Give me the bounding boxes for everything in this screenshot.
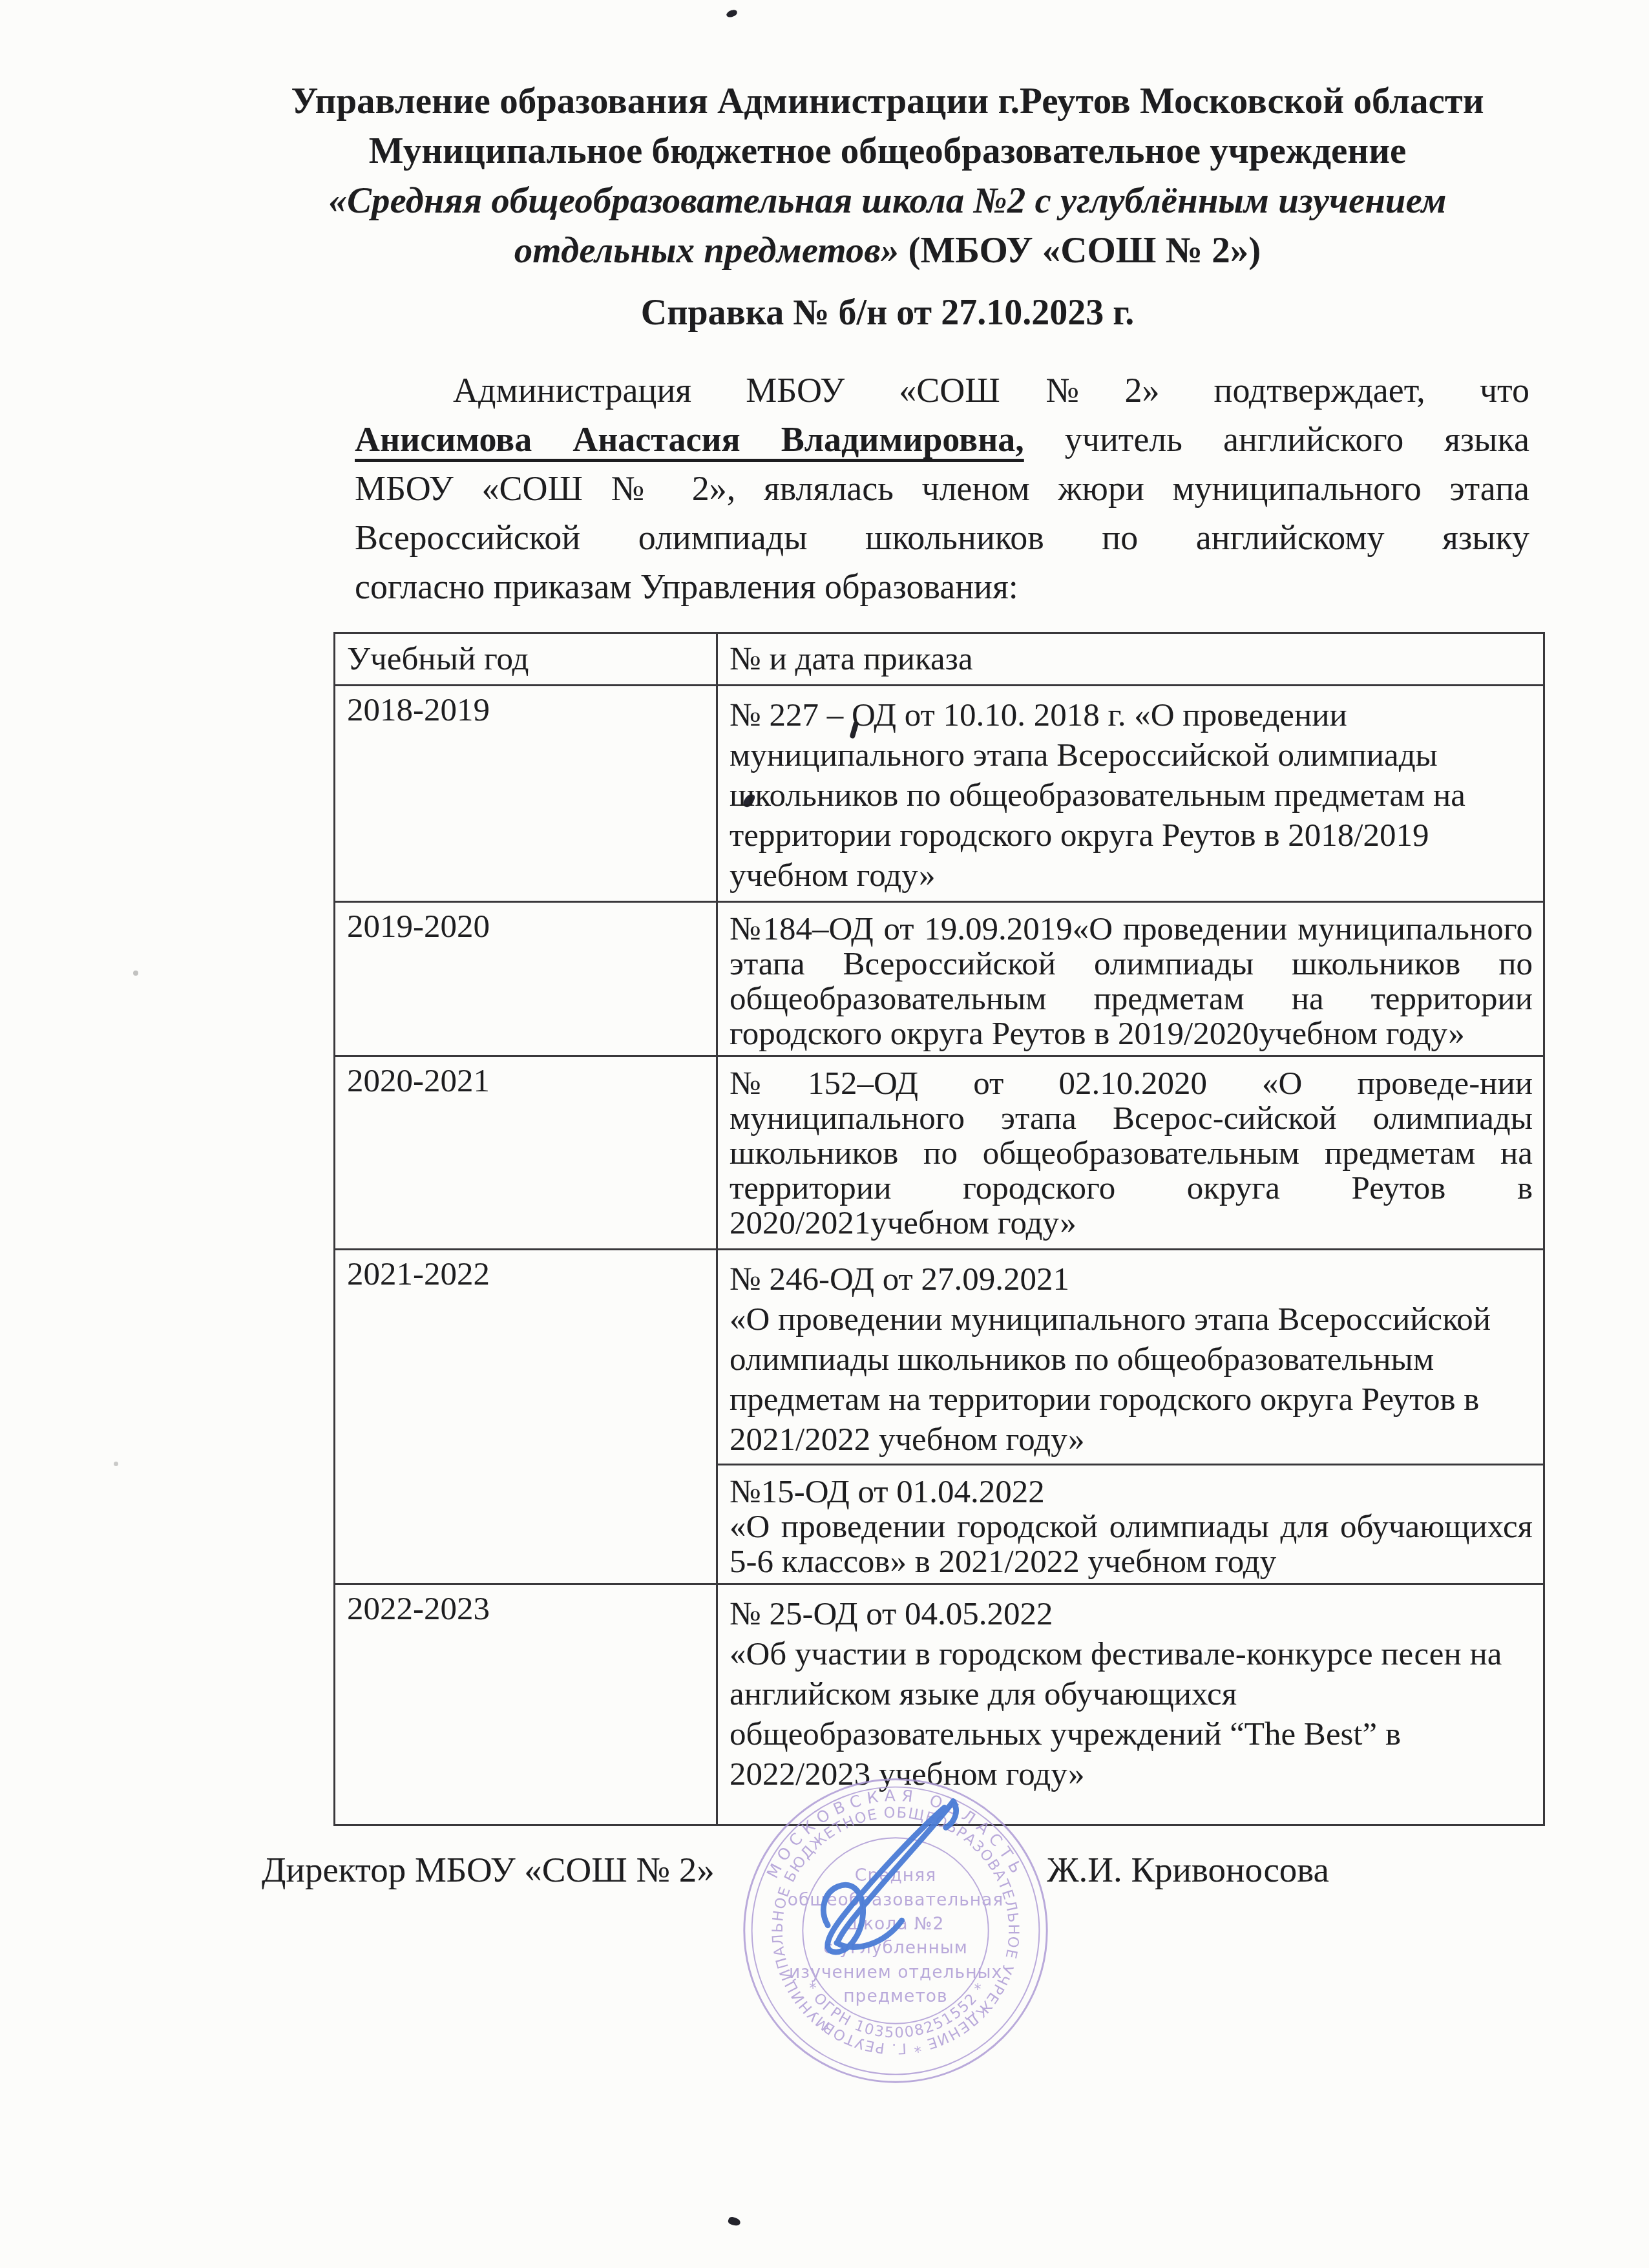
- order-cell: №152–ОД от 02.10.2020 «О проведе-нии мун…: [730, 1062, 1533, 1241]
- col-header-order: № и дата приказа: [717, 633, 1544, 686]
- letterhead-line-school: «Средняя общеобразовательная школа №2 с …: [282, 176, 1493, 226]
- order-cell: №15-ОД от 01.04.2022 «О проведении город…: [730, 1471, 1533, 1579]
- order-line: «О проведении муниципального этапа Всеро…: [730, 1299, 1533, 1339]
- year-cell: 2020-2021: [335, 1056, 717, 1250]
- order-line: «О проведении городской олимпиады для об…: [730, 1509, 1533, 1544]
- order-line: общеобразовательных учреждений “The Best…: [730, 1714, 1533, 1754]
- order-line: олимпиады школьников по общеобразователь…: [730, 1339, 1533, 1380]
- order-line: английском языке для обучающихся: [730, 1674, 1533, 1714]
- order-line: «Об участии в городском фестивале-конкур…: [730, 1634, 1533, 1674]
- order-line: №184–ОД от 19.09.2019«О проведении муниц…: [730, 912, 1533, 947]
- order-line: муниципального этапа Всероссийской олимп…: [730, 735, 1533, 775]
- paragraph-line: Администрация МБОУ «СОШ№2» подтверждает,…: [355, 366, 1529, 415]
- order-line: 2021/2022 учебном году»: [730, 1420, 1533, 1460]
- director-name: Ж.И. Кривоносова: [1047, 1849, 1329, 1890]
- order-line: территории городского округа Реутов в: [730, 1171, 1533, 1206]
- school-name-italic: отдельных предметов»: [514, 230, 899, 271]
- table-row-2019-2020: 2019-2020 №184–ОД от 19.09.2019«О провед…: [335, 902, 1544, 1056]
- order-line: № 25-ОД от 04.05.2022: [730, 1594, 1533, 1634]
- signature-row: Директор МБОУ «СОШ № 2» Ж.И. Кривоносова: [262, 1849, 1329, 1890]
- order-line: территории городского округа Реутов в 20…: [730, 815, 1533, 856]
- year-cell: 2022-2023: [335, 1584, 717, 1825]
- school-abbrev: (МБОУ «СОШ № 2»): [909, 230, 1261, 271]
- teacher-name: Анисимова Анастасия Владимировна,: [355, 420, 1024, 459]
- director-label: Директор МБОУ «СОШ № 2»: [262, 1849, 715, 1890]
- order-line: этапа Всероссийской олимпиады школьников…: [730, 947, 1533, 982]
- order-line: учебном году»: [730, 856, 1533, 896]
- document-title: Справка № б/н от 27.10.2023 г.: [282, 292, 1493, 333]
- stamp-center-line: предметов: [843, 1986, 947, 2006]
- body-paragraph: Администрация МБОУ «СОШ№2» подтверждает,…: [355, 366, 1529, 611]
- order-line: № 227 – ОД от 10.10. 2018 г. «О проведен…: [730, 695, 1533, 735]
- order-line: муниципального этапа Всерос-сийской олим…: [730, 1101, 1533, 1136]
- letterhead-line-institution: Муниципальное бюджетное общеобразователь…: [282, 126, 1493, 176]
- table-header-row: Учебный год № и дата приказа: [335, 633, 1544, 686]
- table-row-2020-2021: 2020-2021 №152–ОД от 02.10.2020 «О прове…: [335, 1056, 1544, 1250]
- scan-dot: [133, 971, 138, 976]
- order-cell: № 246-ОД от 27.09.2021 «О проведении мун…: [730, 1255, 1533, 1460]
- orders-table: Учебный год № и дата приказа 2018-2019 №…: [333, 632, 1545, 1826]
- order-line: школьников по общеобразовательным предме…: [730, 775, 1533, 815]
- order-line: предметам на территории городского округ…: [730, 1380, 1533, 1420]
- paragraph-line: Всероссийской олимпиады школьников по ан…: [355, 513, 1529, 562]
- teacher-role: учитель английского языка: [1065, 420, 1529, 459]
- table-row-2021-2022: 2021-2022 № 246-ОД от 27.09.2021 «О пров…: [335, 1250, 1544, 1465]
- year-cell: 2021-2022: [335, 1250, 717, 1584]
- order-cell: №184–ОД от 19.09.2019«О проведении муниц…: [730, 908, 1533, 1051]
- table-row-2018-2019: 2018-2019 № 227 – ОД от 10.10. 2018 г. «…: [335, 686, 1544, 902]
- order-line: 5-6 классов» в 2021/2022 учебном году: [730, 1544, 1533, 1579]
- year-cell: 2018-2019: [335, 686, 717, 902]
- letterhead-line-authority: Управление образования Администрации г.Р…: [282, 76, 1493, 126]
- scan-speck-top: [726, 9, 738, 18]
- order-line: №15-ОД от 01.04.2022: [730, 1475, 1533, 1509]
- year-cell: 2019-2020: [335, 902, 717, 1056]
- scan-dot: [114, 1462, 118, 1466]
- paragraph-line: МБОУ «СОШ № 2», являлась членом жюри мун…: [355, 464, 1529, 513]
- letterhead-line-school2: отдельных предметов» (МБОУ «СОШ № 2»): [282, 226, 1493, 275]
- paragraph-line: согласно приказам Управления образования…: [355, 562, 1529, 611]
- letterhead: Управление образования Администрации г.Р…: [282, 76, 1493, 275]
- order-line: школьников по общеобразовательным предме…: [730, 1136, 1533, 1171]
- order-line: №152–ОД от 02.10.2020 «О проведе-нии: [730, 1066, 1533, 1101]
- col-header-year: Учебный год: [335, 633, 717, 686]
- order-line: № 246-ОД от 27.09.2021: [730, 1259, 1533, 1299]
- scan-speck-bottom: [728, 2216, 742, 2227]
- order-cell: № 25-ОД от 04.05.2022 «Об участии в горо…: [730, 1590, 1533, 1794]
- paragraph-line: Анисимова Анастасия Владимировна, учител…: [355, 415, 1529, 464]
- order-line: общеобразовательным предметам на террито…: [730, 982, 1533, 1016]
- document-page: Управление образования Администрации г.Р…: [0, 0, 1649, 2268]
- order-line: городского округа Реутов в 2019/2020учеб…: [730, 1016, 1533, 1051]
- order-cell: № 227 – ОД от 10.10. 2018 г. «О проведен…: [730, 691, 1533, 896]
- order-line: 2020/2021учебном году»: [730, 1206, 1533, 1241]
